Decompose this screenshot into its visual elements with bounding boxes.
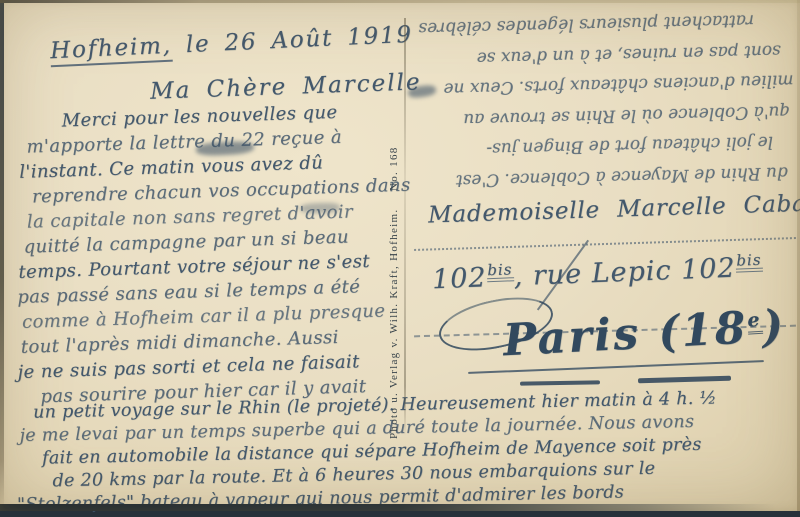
street-bis-superscript: bis <box>735 253 763 273</box>
paris-emphasis-dash <box>638 376 731 383</box>
street-name: , rue Lepic 102 <box>513 253 736 293</box>
street-bis-superscript: bis <box>486 262 514 282</box>
paris-emphasis-dash <box>520 380 600 385</box>
city-paren: ) <box>761 301 787 353</box>
dateline-date: le 26 Août 1919 <box>171 22 413 59</box>
address-recipient: Mademoiselle Marcelle Cabaret <box>428 189 800 228</box>
card-edge-bottom <box>0 504 800 511</box>
publisher-imprint: Photo u. Verlag v. Wilh. Kraft, Hofheim.… <box>388 94 405 439</box>
address-street: 102bis, rue Lepic 102bis <box>432 252 764 296</box>
inverted-message-continuation: du Rhin de Mayence à Coblence. C'est le … <box>406 0 799 197</box>
card-edge-left <box>0 0 4 511</box>
card-edge-top <box>0 0 800 3</box>
street-number: 102 <box>432 262 488 295</box>
address-dotted-line <box>414 237 796 251</box>
city-arrondissement-superscript: e <box>747 309 763 335</box>
card-number: No. 168 <box>388 146 400 191</box>
postcard-back: Hofheim, le 26 Août 1919 Ma Chère Marcel… <box>0 0 800 511</box>
publisher-imprint-text: Photo u. Verlag v. Wilh. Kraft, Hofheim. <box>388 209 400 439</box>
dateline-place: Hofheim, <box>50 33 173 67</box>
dateline: Hofheim, le 26 Août 1919 <box>50 22 414 64</box>
